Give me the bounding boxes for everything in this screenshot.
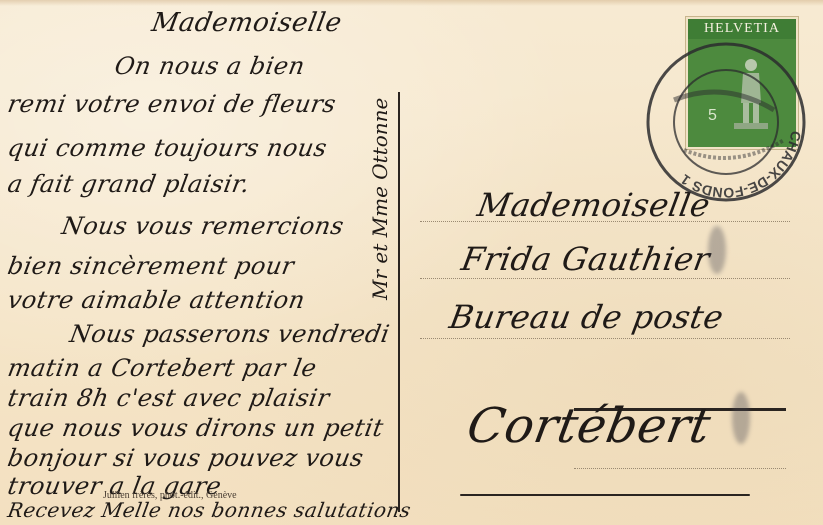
message-line: train 8h c'est avec plaisir <box>6 384 332 412</box>
message-line: bonjour si vous pouvez vous <box>6 444 366 472</box>
publisher-imprint: Jullien frères, phot.-édit., Genève <box>103 490 237 501</box>
address-line: Bureau de poste <box>447 298 727 336</box>
ink-smudge <box>732 392 750 444</box>
address-rule <box>574 468 786 469</box>
message-line: remi votre envoi de fleurs <box>6 90 339 118</box>
ink-smudge <box>708 226 726 274</box>
message-line: qui comme toujours nous <box>6 134 330 162</box>
address-rule <box>420 278 790 279</box>
stamp-country: HELVETIA <box>688 19 796 39</box>
center-divider <box>398 92 400 512</box>
address-underline <box>460 494 750 496</box>
address-line: Frida Gauthier <box>459 240 713 278</box>
postmark-cancellation: CHAUX-DE-FONDS 1 <box>644 40 808 204</box>
side-signature: Mr et Mme Ottonne <box>368 98 392 300</box>
message-line: Recevez Melle nos bonnes salutations <box>6 498 413 522</box>
message-line: votre aimable attention <box>6 286 308 314</box>
message-line: bien sincèrement pour <box>6 252 297 280</box>
message-line: On nous a bien <box>113 52 308 80</box>
address-rule <box>420 338 790 339</box>
message-salutation: Mademoiselle <box>149 8 344 38</box>
message-line: Nous vous remercions <box>60 212 347 240</box>
message-line: que nous vous dirons un petit <box>6 414 386 442</box>
message-line: matin a Cortebert par le <box>6 354 319 382</box>
message-line: Nous passerons vendredi <box>68 320 392 348</box>
message-line: a fait grand plaisir. <box>6 170 253 198</box>
address-line: Cortébert <box>463 398 715 454</box>
postcard-back: Mademoiselle On nous a bien remi votre e… <box>0 0 823 525</box>
